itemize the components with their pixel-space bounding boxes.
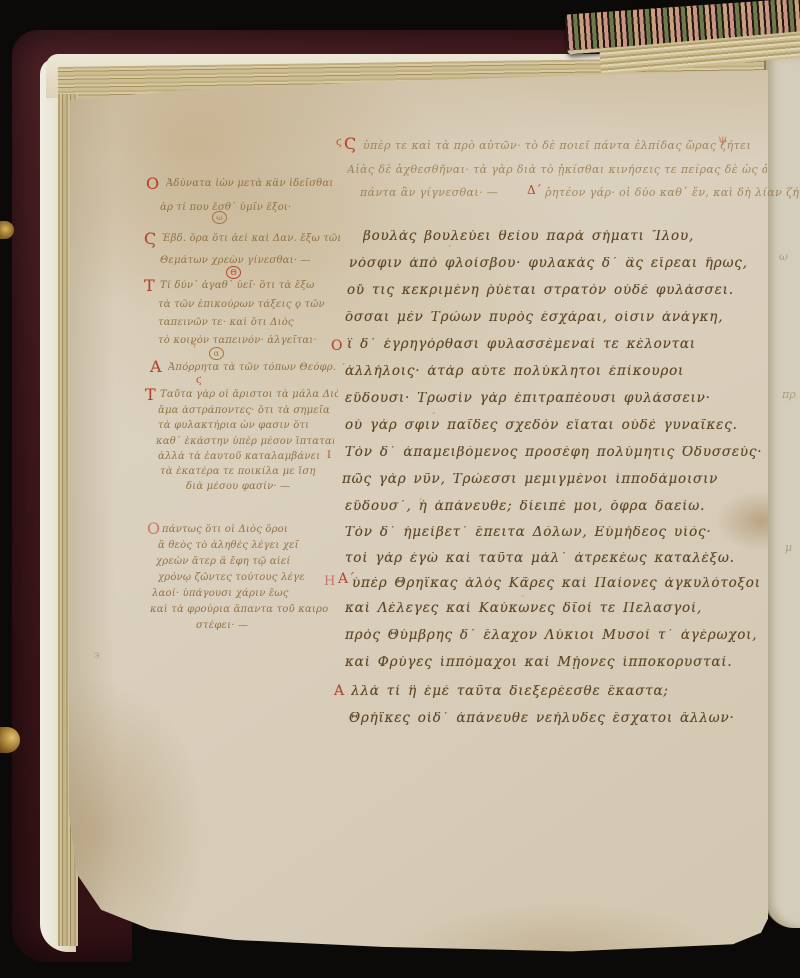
parchment-page xyxy=(66,70,768,954)
facing-page-mark: ω xyxy=(779,250,788,263)
facing-page-mark: μ xyxy=(785,541,792,554)
manuscript-photo: { "manuscript": { "header": { "initial":… xyxy=(0,0,800,978)
facing-page-mark: πρ xyxy=(782,388,796,401)
facing-page-sliver: ω πρ μ xyxy=(764,56,800,928)
